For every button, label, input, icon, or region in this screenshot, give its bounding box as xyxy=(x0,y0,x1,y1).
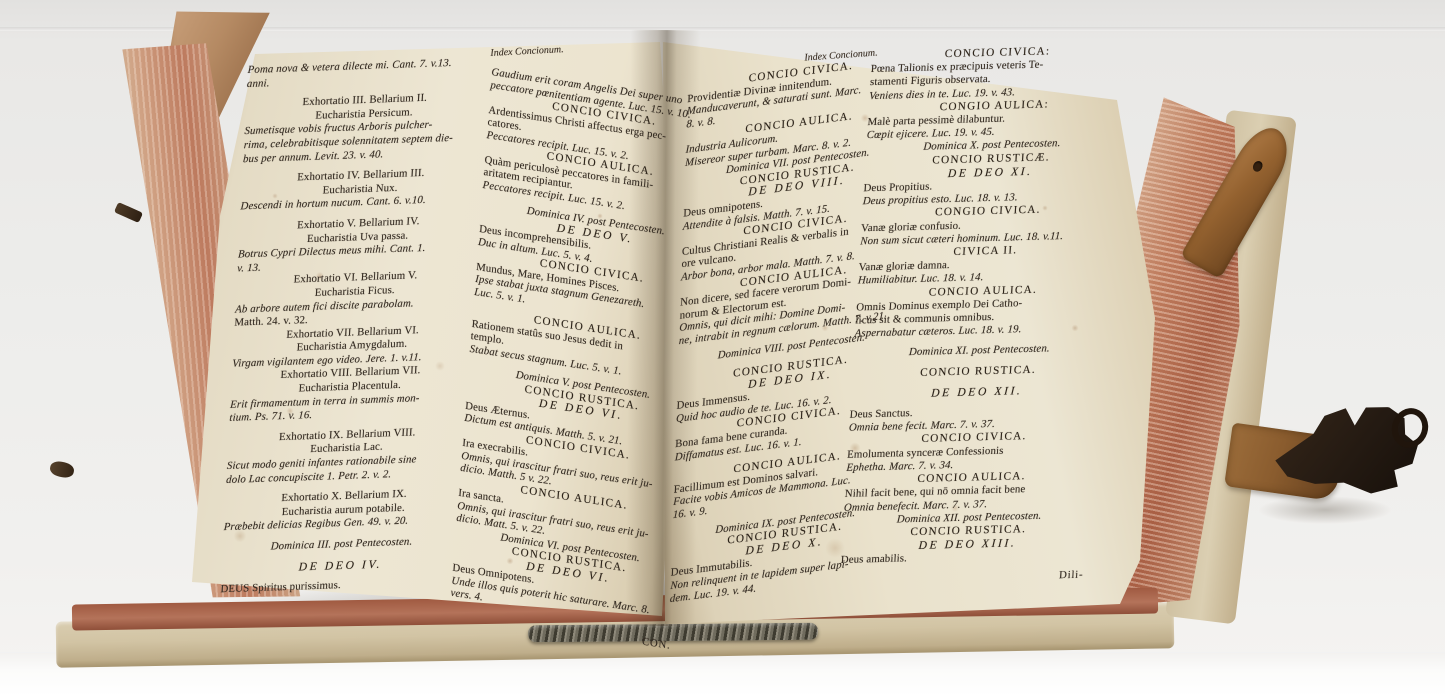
photo-of-open-antique-book: Index Concionum. Index Concionum. Poma n… xyxy=(0,0,1445,695)
clasp-fitting-left-lower xyxy=(49,460,76,480)
text-line: DE DEO XII. xyxy=(850,382,1103,402)
clasp-fitting-left-upper xyxy=(114,202,143,223)
strap-hole xyxy=(1251,159,1264,173)
left-page-column-1: Poma nova & vetera dilecte mi. Cant. 7. … xyxy=(220,56,486,597)
text-line: CONCIO RUSTICA. xyxy=(852,362,1105,382)
right-page-column-2: CONCIO CIVICA:Pœna Talionis ex præcipuis… xyxy=(839,43,1124,587)
text-line: Dominica XI. post Pentecosten. xyxy=(853,341,1106,361)
text-line: Dominica III. post Pentecosten. xyxy=(222,534,461,556)
text-line: DE DEO IV. xyxy=(221,555,460,577)
